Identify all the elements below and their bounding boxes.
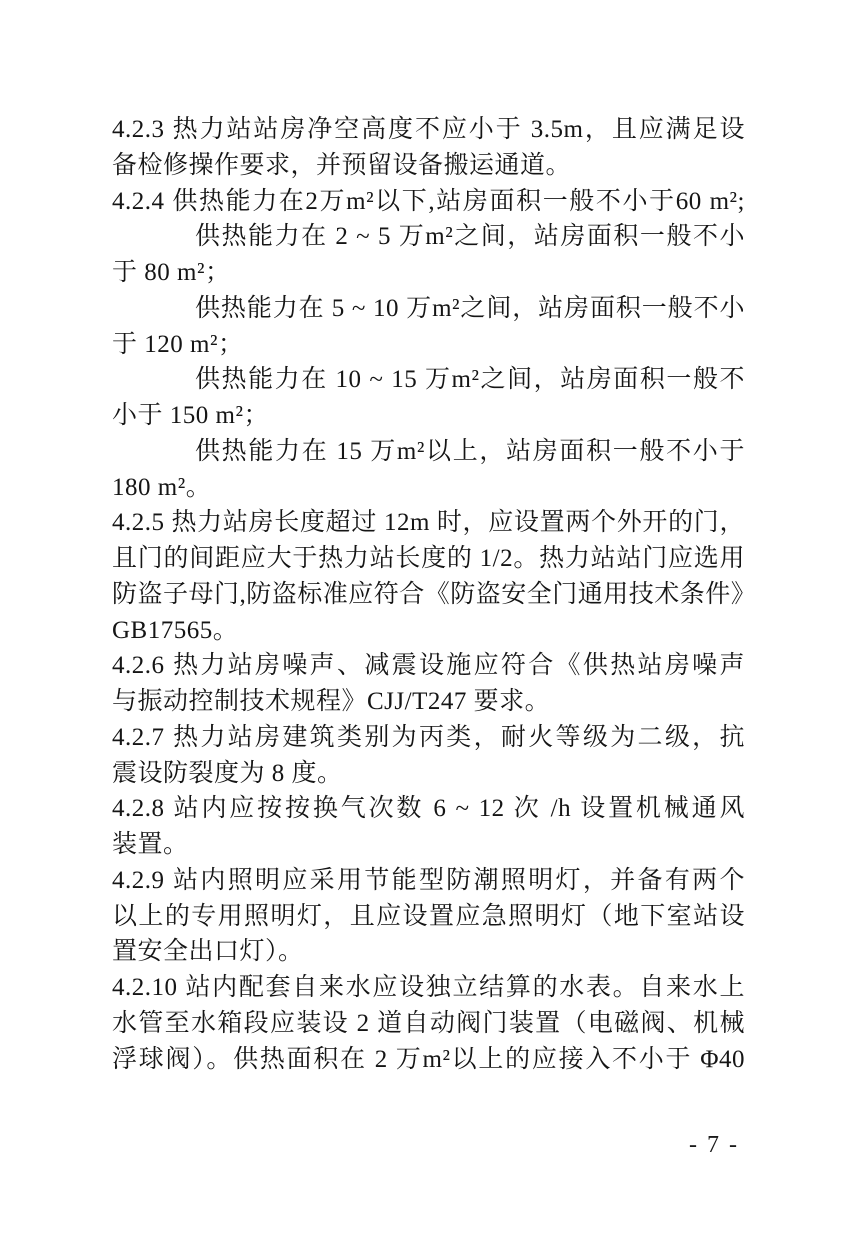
document-page: 4.2.3 热力站站房净空高度不应小于 3.5m，且应满足设备检修操作要求，并预… [0,0,857,1241]
text-line: 4.2.6 热力站房噪声、减震设施应符合《供热站房噪声 [112,648,745,684]
text-line: 供热能力在 15 万m²以上，站房面积一般不小于 [112,434,745,470]
text-line: 供热能力在 2 ~ 5 万m²之间，站房面积一般不小 [112,219,745,255]
text-line: 4.2.10 站内配套自来水应设独立结算的水表。自来水上 [112,970,745,1006]
text-line: 浮球阀）。供热面积在 2 万m²以上的应接入不小于 Φ40 [112,1042,745,1078]
text-line: 4.2.7 热力站房建筑类别为丙类，耐火等级为二级，抗 [112,720,745,756]
text-line: 180 m²。 [112,470,745,506]
text-line: 装置。 [112,827,745,863]
text-line: 防盗子母门,防盗标准应符合《防盗安全门通用技术条件》 [112,577,745,613]
text-line: 以上的专用照明灯，且应设置应急照明灯（地下室站设 [112,899,745,935]
text-line: 小于 150 m²； [112,398,745,434]
text-line: 备检修操作要求，并预留设备搬运通道。 [112,148,745,184]
text-line: 4.2.4 供热能力在2万m²以下,站房面积一般不小于60 m²; [112,184,745,220]
text-line: 4.2.3 热力站站房净空高度不应小于 3.5m，且应满足设 [112,112,745,148]
text-line: 置安全出口灯）。 [112,934,745,970]
text-line: 供热能力在 5 ~ 10 万m²之间，站房面积一般不小 [112,291,745,327]
text-line: GB17565。 [112,613,745,649]
text-line: 4.2.5 热力站房长度超过 12m 时，应设置两个外开的门， [112,505,745,541]
text-line: 震设防裂度为 8 度。 [112,756,745,792]
text-line: 4.2.9 站内照明应采用节能型防潮照明灯，并备有两个 [112,863,745,899]
text-line: 水管至水箱段应装设 2 道自动阀门装置（电磁阀、机械 [112,1006,745,1042]
text-line: 与振动控制技术规程》CJJ/T247 要求。 [112,684,745,720]
page-number: - 7 - [689,1130,739,1160]
text-line: 于 120 m²； [112,327,745,363]
text-line: 4.2.8 站内应按按换气次数 6 ~ 12 次 /h 设置机械通风 [112,791,745,827]
text-line: 供热能力在 10 ~ 15 万m²之间，站房面积一般不 [112,362,745,398]
text-line: 于 80 m²； [112,255,745,291]
document-body: 4.2.3 热力站站房净空高度不应小于 3.5m，且应满足设备检修操作要求，并预… [112,112,745,1077]
text-line: 且门的间距应大于热力站长度的 1/2。热力站站门应选用 [112,541,745,577]
